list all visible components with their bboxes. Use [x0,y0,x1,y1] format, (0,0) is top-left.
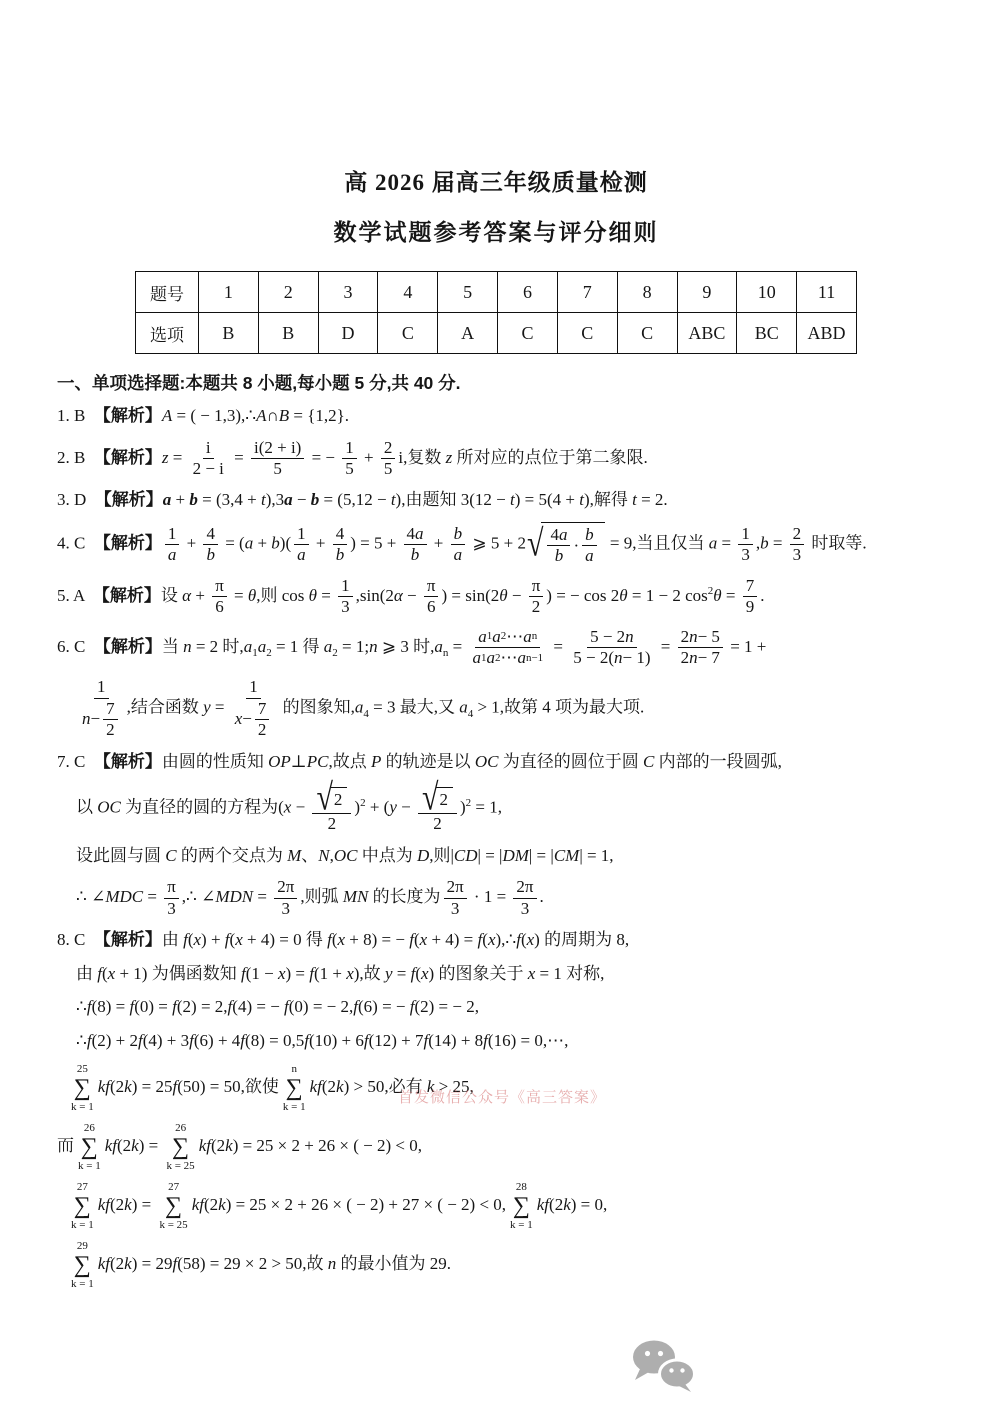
row-label-numbers: 题号 [136,272,199,313]
answer-cell: D [318,313,378,354]
solution-line-q8g: 27∑k = 1kf(2k) = 27∑k = 25kf(2k) = 25 × … [0,1181,992,1231]
table-row-answers: 选项 B B D C A C C C ABC BC ABD [136,313,857,354]
solution-line-q7b: 以 OC 为直径的圆的方程为(x − √22)2 + (y − √22)2 = … [0,783,992,834]
answer-cell: B [258,313,318,354]
solution-line-q8d: ∴f(2) + 2f(4) + 3f(6) + 4f(8) = 0,5f(10)… [0,1029,992,1054]
solution-line-q6b: 1n − 72,结合函数 y = 1x − 72 的图象知,a4 = 3 最大,… [0,677,992,740]
solution-line-q8f: 而26∑k = 1kf(2k) = 26∑k = 25kf(2k) = 25 ×… [0,1122,992,1172]
page-title: 高 2026 届高三年级质量检测 [0,0,992,197]
solution-line-q6a: 6. C 【解析】当 n = 2 时,a1a2 = 1 得 a2 = 1;n ⩾… [0,627,992,669]
answer-cell: C [378,313,438,354]
solution-line-q8e: 25∑k = 1kf(2k) = 25f(50) = 50,欲使n∑k = 1k… [0,1063,992,1113]
answer-cell: B [199,313,259,354]
question-number: 5 [438,272,498,313]
question-number: 10 [737,272,797,313]
solution-line-q5: 5. A 【解析】设 α + π6 = θ,则 cos θ = 13,sin(2… [0,576,992,618]
answer-cell: ABD [797,313,857,354]
solution-line-q8a: 8. C 【解析】由 f(x) + f(x + 4) = 0 得 f(x + 8… [0,928,992,953]
solution-line-q8h: 29∑k = 1kf(2k) = 29f(58) = 29 × 2 > 50,故… [0,1240,992,1290]
question-number: 7 [557,272,617,313]
solution-line-q7d: ∴ ∠MDC = π3,∴ ∠MDN = 2π3,则弧 MN 的长度为2π3 ·… [0,877,992,919]
question-number: 4 [378,272,438,313]
solution-line-q3: 3. D 【解析】a + b = (3,4 + t),3a − b = (5,1… [0,488,992,513]
question-number: 9 [677,272,737,313]
question-number: 8 [617,272,677,313]
question-number: 1 [199,272,259,313]
answer-table: 题号 1 2 3 4 5 6 7 8 9 10 11 选项 B B D C A … [135,271,857,354]
question-number: 6 [498,272,558,313]
solution-line-q2: 2. B 【解析】z = i2 − i = i(2 + i)5 = − 15 +… [0,438,992,480]
question-number: 11 [797,272,857,313]
answer-cell: A [438,313,498,354]
section-heading: 一、单项选择题:本题共 8 小题,每小题 5 分,共 40 分. [57,370,992,395]
question-number: 2 [258,272,318,313]
row-label-answers: 选项 [136,313,199,354]
table-row-numbers: 题号 1 2 3 4 5 6 7 8 9 10 11 [136,272,857,313]
solution-line-q8c: ∴f(8) = f(0) = f(2) = 2,f(4) = − f(0) = … [0,995,992,1020]
question-number: 3 [318,272,378,313]
answer-cell: BC [737,313,797,354]
answer-cell: C [498,313,558,354]
solution-line-q1: 1. B 【解析】A = ( − 1,3),∴A∩B = {1,2}. [0,404,992,429]
solution-line-q7c: 设此圆与圆 C 的两个交点为 M、N,OC 中点为 D,则|CD| = |DM|… [0,844,992,869]
page-subtitle: 数学试题参考答案与评分细则 [0,214,992,247]
wechat-icon [627,1338,699,1399]
solution-line-q4: 4. C 【解析】1a + 4b = (a + b)(1a + 4b) = 5 … [0,522,992,567]
solution-line-q8b: 由 f(x + 1) 为偶函数知 f(1 − x) = f(1 + x),故 y… [0,962,992,987]
answer-cell: ABC [677,313,737,354]
answer-cell: C [617,313,677,354]
solution-line-q7a: 7. C 【解析】由圆的性质知 OP⊥PC,故点 P 的轨迹是以 OC 为直径的… [0,750,992,775]
exam-answer-page: 高 2026 届高三年级质量检测 数学试题参考答案与评分细则 题号 1 2 3 … [0,0,992,1403]
answer-cell: C [557,313,617,354]
